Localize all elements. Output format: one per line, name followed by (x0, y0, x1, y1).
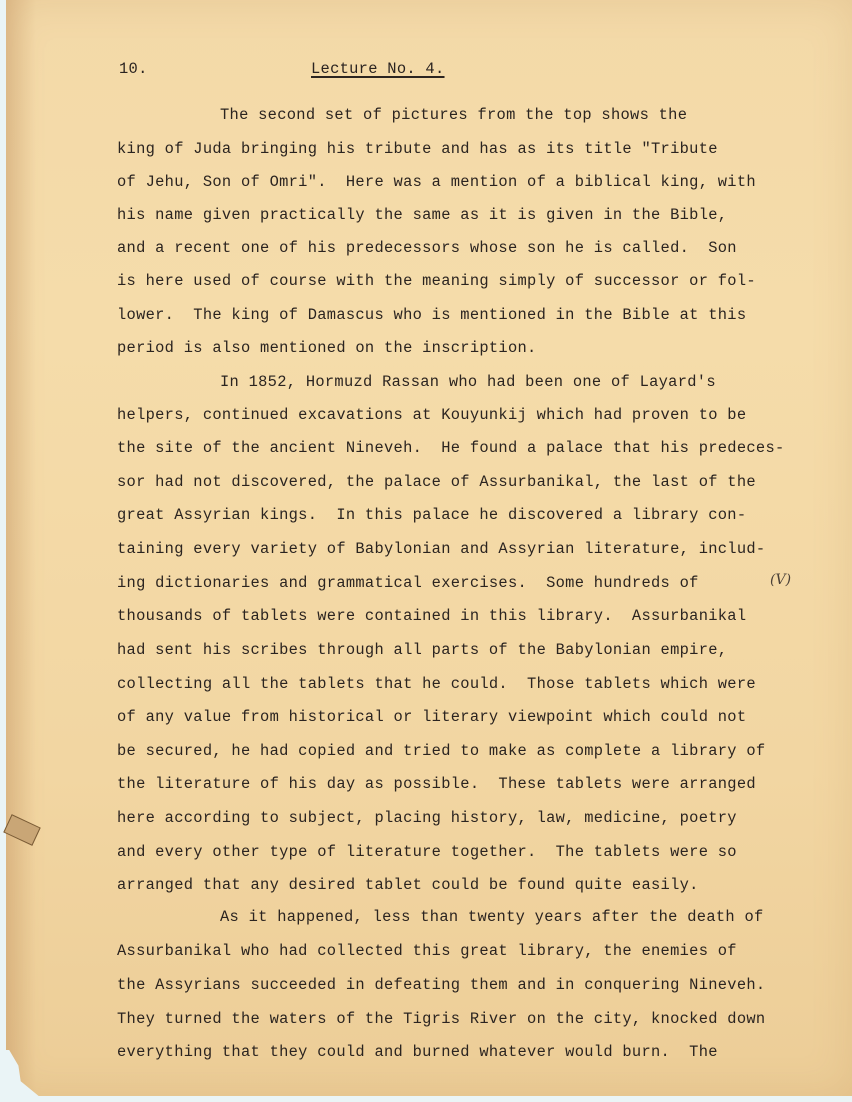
text-line: arranged that any desired tablet could b… (117, 876, 699, 894)
text-line: here according to subject, placing histo… (117, 809, 737, 827)
text-line: They turned the waters of the Tigris Riv… (117, 1010, 765, 1028)
document-page: 10. Lecture No. 4. The second set of pic… (6, 0, 852, 1096)
text-line: be secured, he had copied and tried to m… (117, 742, 765, 760)
text-line: great Assyrian kings. In this palace he … (117, 506, 746, 524)
text-line: and every other type of literature toget… (117, 843, 737, 861)
text-line: Assurbanikal who had collected this grea… (117, 942, 737, 960)
paper-tab (3, 814, 40, 846)
text-line: is here used of course with the meaning … (117, 272, 756, 290)
text-line: everything that they could and burned wh… (117, 1043, 718, 1061)
text-line: and a recent one of his predecessors who… (117, 239, 737, 257)
text-line: ing dictionaries and grammatical exercis… (117, 574, 699, 592)
text-line: taining every variety of Babylonian and … (117, 540, 765, 558)
text-line: his name given practically the same as i… (117, 206, 727, 224)
margin-annotation: (V) (770, 572, 791, 588)
text-line: lower. The king of Damascus who is menti… (117, 306, 746, 324)
text-line: In 1852, Hormuzd Rassan who had been one… (220, 373, 716, 391)
text-line: had sent his scribes through all parts o… (117, 641, 727, 659)
text-line: sor had not discovered, the palace of As… (117, 473, 756, 491)
text-line: the Assyrians succeeded in defeating the… (117, 976, 765, 994)
text-line: the literature of his day as possible. T… (117, 775, 756, 793)
text-line: collecting all the tablets that he could… (117, 675, 756, 693)
text-line: of Jehu, Son of Omri". Here was a mentio… (117, 173, 756, 191)
text-line: helpers, continued excavations at Kouyun… (117, 406, 746, 424)
text-line: The second set of pictures from the top … (220, 106, 687, 124)
text-line: period is also mentioned on the inscript… (117, 339, 537, 357)
page-title: Lecture No. 4. (311, 60, 445, 78)
text-line: king of Juda bringing his tribute and ha… (117, 140, 718, 158)
text-line: thousands of tablets were contained in t… (117, 607, 746, 625)
text-line: of any value from historical or literary… (117, 708, 746, 726)
text-line: the site of the ancient Nineveh. He foun… (117, 439, 785, 457)
page-number: 10. (119, 60, 148, 78)
text-line: As it happened, less than twenty years a… (220, 908, 764, 926)
